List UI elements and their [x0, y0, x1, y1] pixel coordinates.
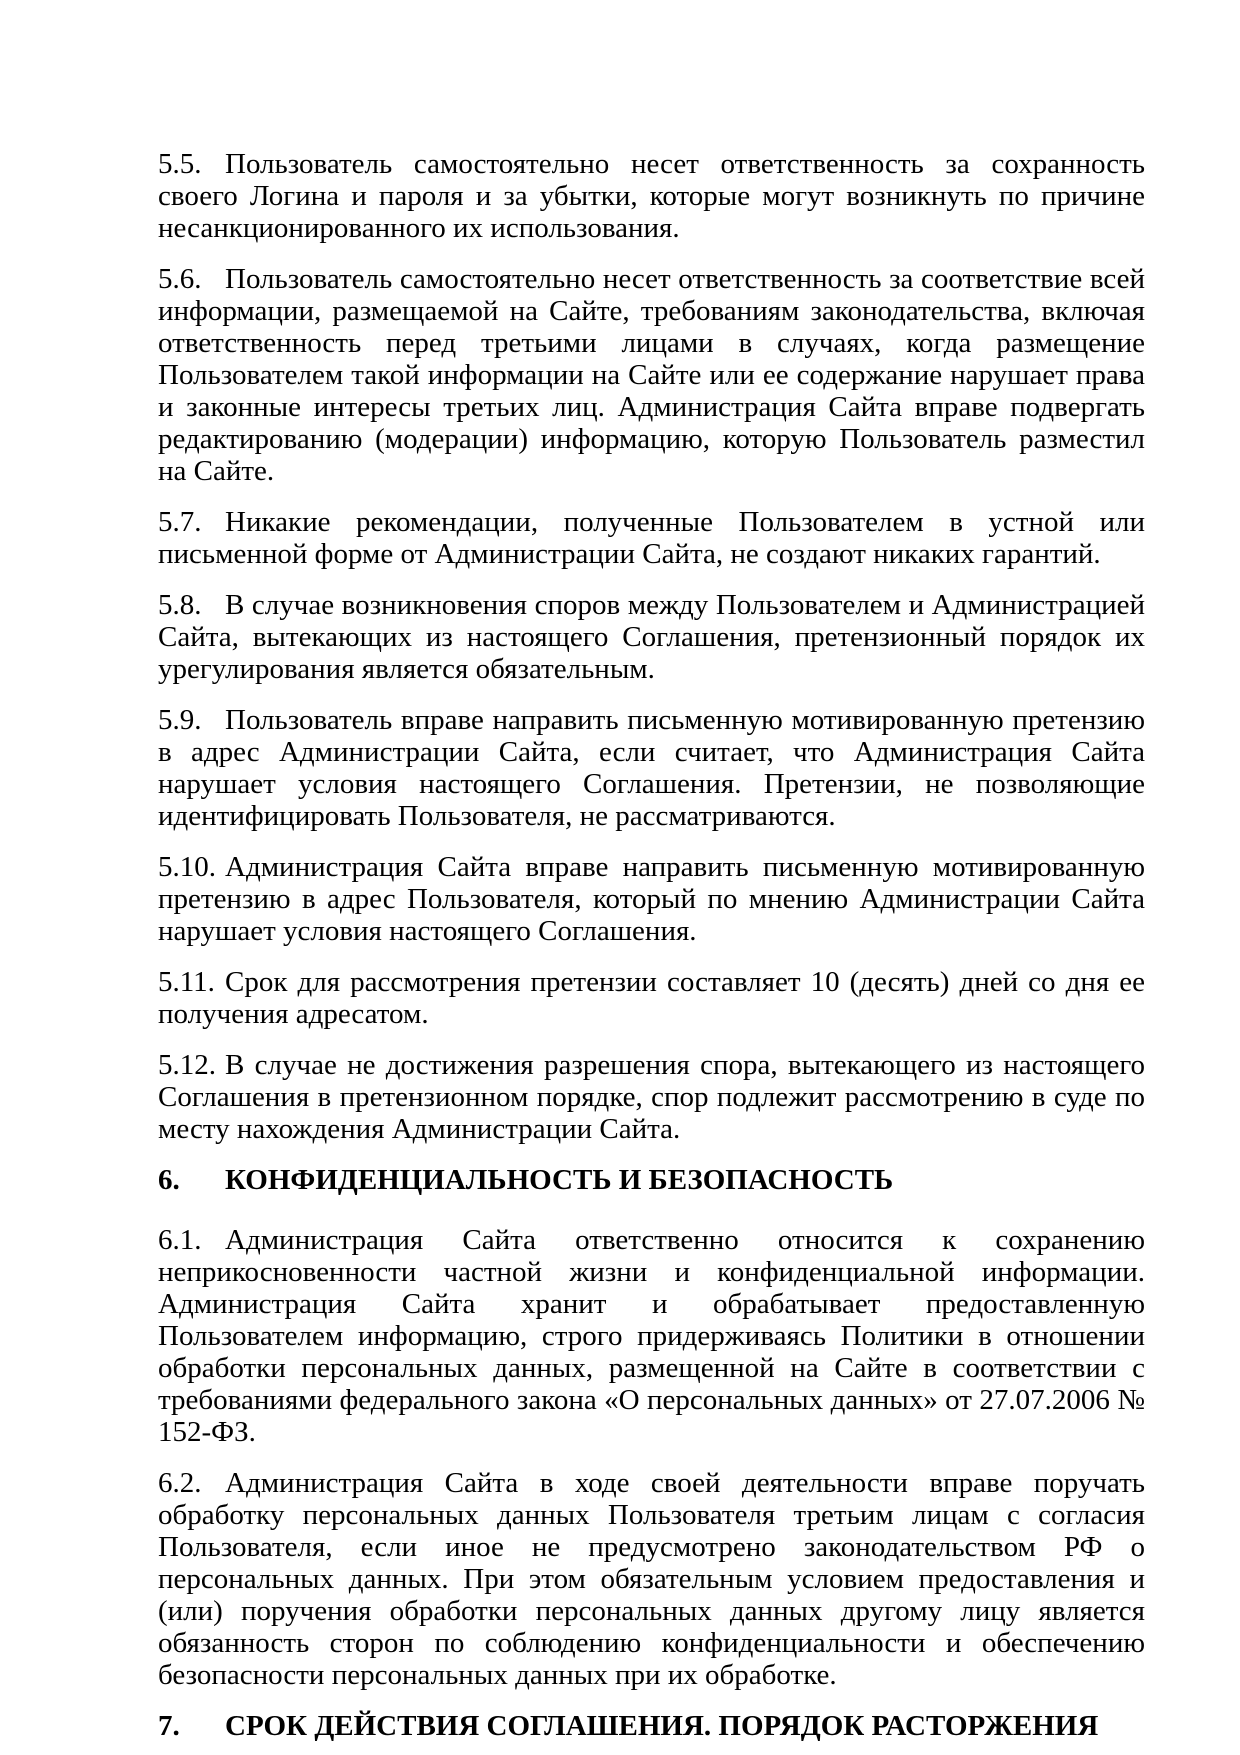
- clause-5-10: 5.10.Администрация Сайта вправе направит…: [158, 851, 1145, 947]
- clause-5-9-number: 5.9.: [158, 704, 225, 736]
- clause-5-11-number: 5.11.: [158, 966, 225, 998]
- clause-5-11-text: Срок для рассмотрения претензии составля…: [158, 966, 1145, 1030]
- clause-5-11: 5.11.Срок для рассмотрения претензии сос…: [158, 966, 1145, 1030]
- section-heading-6-number: 6.: [158, 1164, 225, 1196]
- clause-5-5: 5.5.Пользователь самостоятельно несет от…: [158, 148, 1145, 244]
- clause-6-1-number: 6.1.: [158, 1224, 225, 1256]
- clause-6-1-text: Администрация Сайта ответственно относит…: [158, 1224, 1145, 1448]
- clause-5-10-text: Администрация Сайта вправе направить пис…: [158, 851, 1145, 947]
- clause-5-5-number: 5.5.: [158, 148, 225, 180]
- clause-5-12-number: 5.12.: [158, 1049, 225, 1081]
- clause-5-12-text: В случае не достижения разрешения спора,…: [158, 1049, 1145, 1145]
- clause-5-6: 5.6.Пользователь самостоятельно несет от…: [158, 263, 1145, 487]
- clause-5-6-text: Пользователь самостоятельно несет ответс…: [158, 263, 1145, 487]
- clause-5-9: 5.9.Пользователь вправе направить письме…: [158, 704, 1145, 832]
- clause-5-7-text: Никакие рекомендации, полученные Пользов…: [158, 506, 1145, 570]
- clause-5-5-text: Пользователь самостоятельно несет ответс…: [158, 148, 1145, 244]
- clause-6-1: 6.1.Администрация Сайта ответственно отн…: [158, 1224, 1145, 1448]
- clause-5-12: 5.12.В случае не достижения разрешения с…: [158, 1049, 1145, 1145]
- section-heading-7: 7.СРОК ДЕЙСТВИЯ СОГЛАШЕНИЯ. ПОРЯДОК РАСТ…: [158, 1710, 1145, 1742]
- clause-6-2-text: Администрация Сайта в ходе своей деятель…: [158, 1467, 1145, 1691]
- clause-5-9-text: Пользователь вправе направить письменную…: [158, 704, 1145, 832]
- clause-5-8: 5.8.В случае возникновения споров между …: [158, 589, 1145, 685]
- clause-5-7-number: 5.7.: [158, 506, 225, 538]
- clause-5-8-number: 5.8.: [158, 589, 225, 621]
- clause-6-2-number: 6.2.: [158, 1467, 225, 1499]
- section-heading-7-number: 7.: [158, 1710, 225, 1742]
- section-heading-6: 6.КОНФИДЕНЦИАЛЬНОСТЬ И БЕЗОПАСНОСТЬ: [158, 1164, 1145, 1196]
- clause-5-8-text: В случае возникновения споров между Поль…: [158, 589, 1145, 685]
- section-heading-6-title: КОНФИДЕНЦИАЛЬНОСТЬ И БЕЗОПАСНОСТЬ: [225, 1164, 893, 1196]
- document-page: 5.5.Пользователь самостоятельно несет от…: [0, 0, 1240, 1755]
- clause-5-7: 5.7.Никакие рекомендации, полученные Пол…: [158, 506, 1145, 570]
- clause-5-6-number: 5.6.: [158, 263, 225, 295]
- clause-6-2: 6.2.Администрация Сайта в ходе своей дея…: [158, 1467, 1145, 1691]
- clause-5-10-number: 5.10.: [158, 851, 225, 883]
- section-heading-7-title: СРОК ДЕЙСТВИЯ СОГЛАШЕНИЯ. ПОРЯДОК РАСТОР…: [225, 1710, 1098, 1742]
